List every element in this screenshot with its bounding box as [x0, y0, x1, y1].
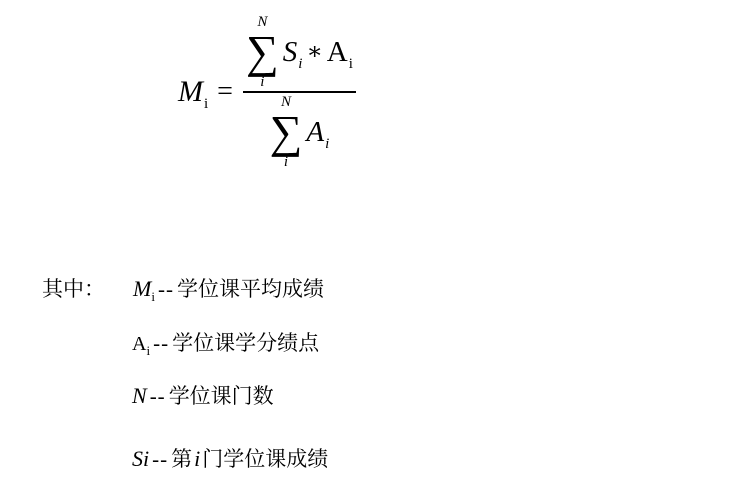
where-label: 其中： [42, 275, 133, 303]
fraction: N ∑ i Si∗Ai N ∑ i Ai [243, 14, 356, 170]
definition-line-m: 其中：Mi--学位课平均成绩 [42, 275, 324, 306]
dash: -- [150, 384, 166, 408]
subscript-i: i [151, 289, 155, 304]
numerator-expression: Si∗Ai [283, 36, 353, 69]
sigma-icon: ∑ [270, 110, 303, 154]
definition-text: 学位课平均成绩 [177, 277, 324, 301]
multiply-operator: ∗ [306, 39, 322, 65]
variable-s: S [283, 36, 298, 68]
equals-sign: = [217, 76, 233, 108]
denominator-expression: Ai [306, 116, 329, 149]
numerator: N ∑ i Si∗Ai [243, 14, 356, 90]
subscript-i: i [146, 343, 150, 358]
definition-text-prefix: 第 [171, 447, 192, 471]
sigma-icon: ∑ [246, 30, 279, 74]
denominator-summation: N ∑ i [270, 94, 303, 170]
subscript-i: i [349, 56, 353, 72]
fraction-bar [243, 91, 356, 93]
symbol-n: N [132, 383, 147, 408]
dash: -- [152, 447, 168, 471]
subscript-i: i [325, 136, 329, 152]
document-page: { "formula": { "lhs": { "base": "M", "su… [0, 0, 737, 487]
sum-lower-index: i [260, 74, 264, 90]
variable-a: A [306, 116, 324, 148]
sum-lower-index: i [284, 154, 288, 170]
symbol-m: M [133, 276, 151, 301]
definition-text-suffix: 门学位课成绩 [202, 447, 328, 471]
variable-i: i [194, 446, 200, 471]
subscript-i: i [298, 56, 302, 72]
definition-line-a: Ai--学位课学分绩点 [132, 329, 319, 360]
formula-equation: Mi = N ∑ i Si∗Ai N ∑ i Ai [178, 14, 356, 170]
dash: -- [153, 331, 169, 355]
definition-line-si: Si--第i门学位课成绩 [132, 445, 328, 473]
numerator-summation: N ∑ i [246, 14, 279, 90]
variable-m: M [178, 75, 203, 108]
definition-text: 学位课门数 [169, 384, 274, 408]
definition-text: 学位课学分绩点 [172, 331, 319, 355]
symbol-a: A [132, 333, 146, 355]
definition-line-n: N--学位课门数 [132, 382, 274, 410]
formula-lhs: Mi [178, 75, 208, 109]
denominator: N ∑ i Ai [267, 94, 333, 170]
variable-a: A [327, 36, 348, 68]
subscript-i: i [204, 96, 208, 112]
dash: -- [158, 277, 174, 301]
symbol-si: Si [132, 446, 149, 471]
